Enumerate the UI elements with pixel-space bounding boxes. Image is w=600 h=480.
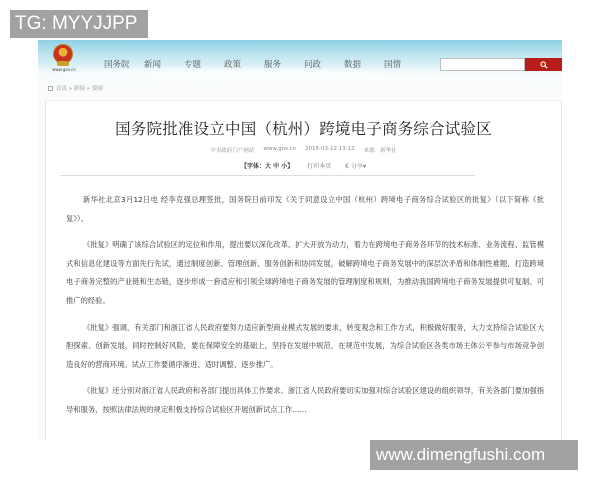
- nav-item-policy[interactable]: 政策: [224, 58, 264, 70]
- nav-item-inquiry[interactable]: 问政: [304, 58, 344, 70]
- nav-item-state-council[interactable]: 国务院: [104, 58, 144, 70]
- watermark-top-left: TG: MYYJJPP: [10, 10, 148, 38]
- search-bar: [440, 58, 562, 71]
- article-meta: 中央政府门户网站 www.gov.cn 2015-03-12 13:12 来源：…: [46, 146, 561, 154]
- share-button[interactable]: € 分享▾: [345, 161, 366, 170]
- paragraph: 新华社北京3月12日电 经李克强总理签批，国务院日前印发《关于同意设立中国（杭州…: [66, 191, 544, 228]
- nav-item-topics[interactable]: 专题: [184, 58, 224, 70]
- paragraph: 《批复》强调，有关部门和浙江省人民政府要努力适应新型商业模式发展的要求，转变观念…: [66, 319, 544, 375]
- article-title: 国务院批准设立中国（杭州）跨境电子商务综合试验区: [46, 117, 561, 139]
- meta-site: 中央政府门户网站: [210, 146, 254, 154]
- search-button[interactable]: [525, 58, 562, 71]
- location-icon: [48, 86, 53, 91]
- nav-item-services[interactable]: 服务: [264, 58, 304, 70]
- divider: [60, 175, 475, 176]
- watermark-bottom-right: www.dimengfushi.com: [370, 440, 578, 470]
- meta-source: 来源：新华社: [364, 146, 397, 154]
- site-header: www.gov.cn 国务院 新闻 专题 政策 服务 问政 数据 国情: [38, 40, 562, 82]
- browser-page: www.gov.cn 国务院 新闻 专题 政策 服务 问政 数据 国情 首页 »…: [38, 40, 562, 440]
- site-logo[interactable]: www.gov.cn: [48, 44, 78, 74]
- nav-item-news[interactable]: 新闻: [144, 58, 184, 70]
- font-size-control[interactable]: 【字体：大 中 小】: [241, 161, 293, 170]
- breadcrumb: 首页 » 新闻 » 要闻: [48, 84, 103, 92]
- paragraph: 《批复》还分别对浙江省人民政府和各部门提出具体工作要求。浙江省人民政府要切实加强…: [66, 382, 544, 419]
- article-body: 新华社北京3月12日电 经李克强总理签批，国务院日前印发《关于同意设立中国（杭州…: [66, 191, 544, 428]
- article-card: 国务院批准设立中国（杭州）跨境电子商务综合试验区 中央政府门户网站 www.go…: [45, 100, 562, 440]
- national-emblem-icon: [53, 44, 73, 64]
- print-button[interactable]: 打印本页: [307, 161, 331, 170]
- chevron-down-icon: ▾: [363, 163, 366, 170]
- paragraph: 《批复》明确了该综合试验区的定位和作用，提出要以深化改革、扩大开放为动力，着力在…: [66, 236, 544, 310]
- logo-text: www.gov.cn: [48, 67, 80, 72]
- nav-item-data[interactable]: 数据: [344, 58, 384, 70]
- meta-datetime: 2015-03-12 13:12: [305, 146, 355, 154]
- breadcrumb-path[interactable]: 首页 » 新闻 » 要闻: [56, 84, 103, 92]
- main-nav: 国务院 新闻 专题 政策 服务 问政 数据 国情: [104, 58, 424, 70]
- search-icon: [540, 61, 548, 69]
- article-toolbar: 【字体：大 中 小】 打印本页 € 分享▾: [46, 161, 561, 170]
- search-input[interactable]: [440, 58, 525, 71]
- meta-url: www.gov.cn: [263, 146, 296, 154]
- nav-item-national-info[interactable]: 国情: [384, 58, 424, 70]
